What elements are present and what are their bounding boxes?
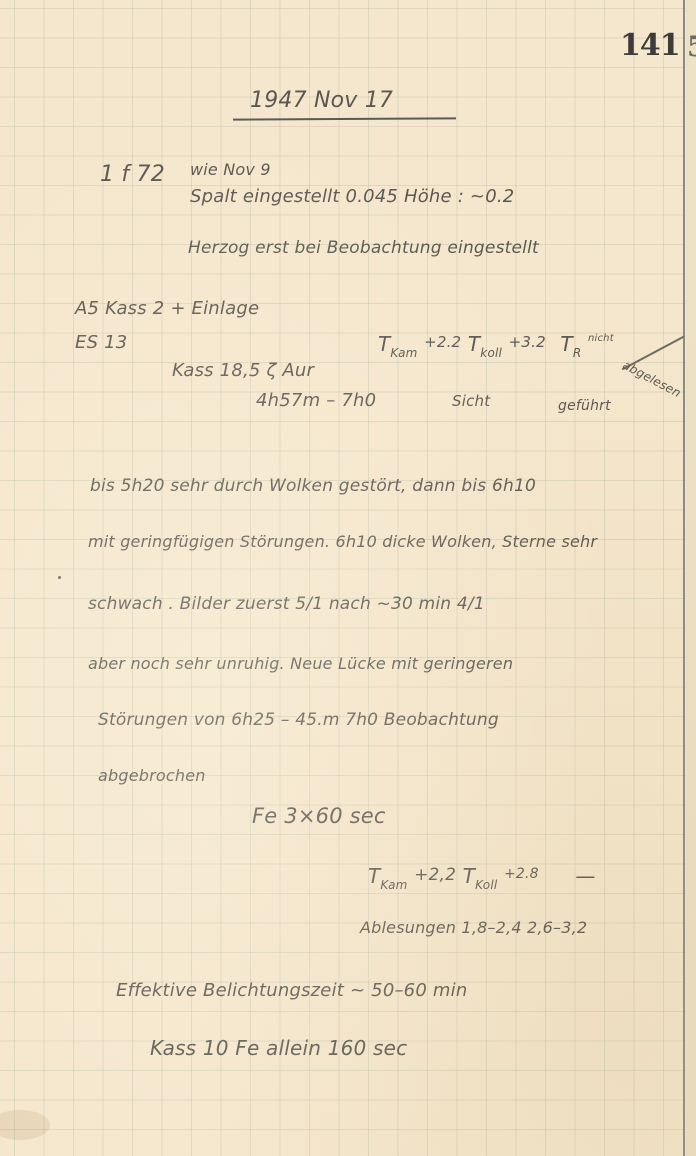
note-word: geführt (558, 398, 611, 414)
date-underline (233, 117, 456, 120)
temp-subscript: Kam (390, 346, 417, 360)
note-word: Sicht (452, 392, 490, 410)
temp-symbol: T (463, 864, 475, 888)
temp-subscript: koll (480, 346, 502, 360)
notebook-page: 141 5 1947 Nov 17 1 f 72 wie Nov 9 Spalt… (0, 0, 696, 1156)
temp-symbol: T (378, 332, 390, 356)
temp-note: nicht (588, 333, 614, 344)
temp-value: +2,2 (414, 865, 456, 885)
note-line: Herzog erst bei Beobachtung eingestellt (188, 238, 539, 258)
note-line: A5 Kass 2 + Einlage (75, 298, 259, 319)
temp-subscript: R (573, 346, 582, 360)
paragraph-line: bis 5h20 sehr durch Wolken gestört, dann… (90, 476, 536, 496)
paragraph-line: schwach . Bilder zuerst 5/1 nach ~30 min… (88, 594, 485, 614)
temp-symbol: T (368, 864, 380, 888)
fe-exposure-line: Fe 3×60 sec (252, 804, 386, 828)
note-line: Kass 18,5 ζ Aur (172, 360, 314, 381)
page-binding-line (683, 0, 685, 1156)
paragraph-line: mit geringfügigen Störungen. 6h10 dicke … (88, 532, 597, 551)
adjacent-page-edge (686, 0, 696, 1156)
effective-exposure-line: Effektive Belichtungszeit ~ 50–60 min (116, 980, 467, 1001)
temp-symbol: T (468, 332, 480, 356)
observation-time: 4h57m – 7h0 (256, 390, 376, 411)
temp-subscript: Kam (380, 878, 407, 892)
temp-value: +2.8 (504, 866, 539, 882)
temp-value: +2.2 (424, 333, 461, 351)
plate-id: 1 f 72 (100, 162, 165, 187)
dash: — (575, 864, 595, 888)
note-label: ES 13 (75, 332, 127, 353)
readings-line: Ablesungen 1,8–2,4 2,6–3,2 (360, 918, 587, 937)
temp-symbol: T (560, 332, 572, 356)
ink-dot (58, 576, 61, 579)
paper-stain (0, 1110, 50, 1140)
temp-value: +3.2 (509, 333, 546, 351)
temp-subscript: Koll (475, 878, 497, 892)
paragraph-line: aber noch sehr unruhig. Neue Lücke mit g… (88, 654, 513, 673)
final-line: Kass 10 Fe allein 160 sec (150, 1036, 407, 1060)
adjacent-page-number: 5 (687, 30, 696, 63)
temp-note: abgelesen (620, 358, 683, 400)
paragraph-line: Störungen von 6h25 – 45.m 7h0 Beobachtun… (98, 710, 499, 730)
page-number: 141 (620, 28, 680, 63)
entry-date: 1947 Nov 17 (250, 88, 393, 113)
temperature-readings: TKam +2.2 Tkoll +3.2 TR nicht (378, 332, 614, 360)
paragraph-line: abgebrochen (98, 766, 206, 785)
temperature-readings: TKam +2,2 TKoll +2.8 — (368, 864, 596, 892)
note-line: Spalt eingestellt 0.045 Höhe : ~0.2 (190, 186, 514, 207)
note-line: wie Nov 9 (190, 160, 271, 179)
